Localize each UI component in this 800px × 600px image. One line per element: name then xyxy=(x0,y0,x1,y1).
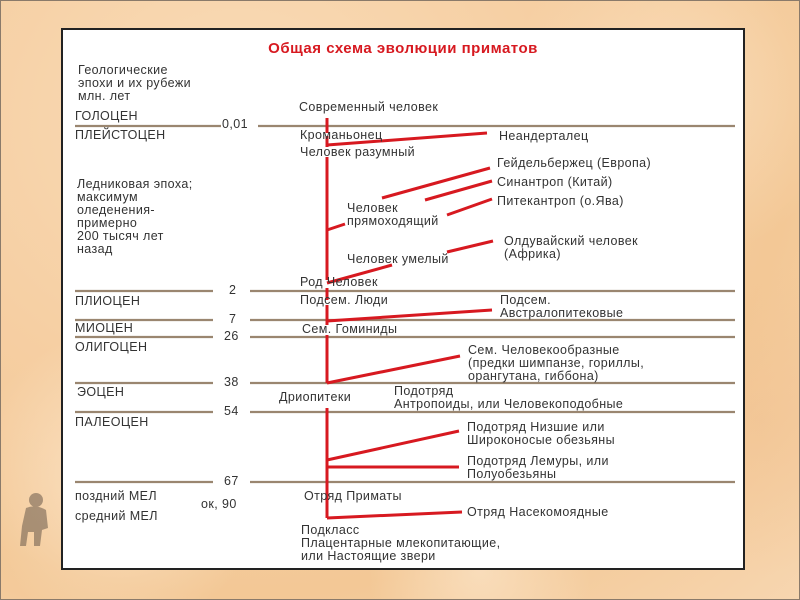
epoch-label: ПЛИОЦЕН xyxy=(75,295,140,308)
epoch-label: средний МЕЛ xyxy=(75,510,158,523)
boundary-age: 0,01 xyxy=(222,118,248,131)
taxon-anthropoids: Подотряд Антропоиды, или Человекоподобны… xyxy=(394,385,623,411)
taxon-platyrrhini: Подотряд Низшие или Широконосые обезьяны xyxy=(467,421,615,447)
taxon-pongids: Сем. Человекообразные (предки шимпанзе, … xyxy=(468,344,644,383)
taxon-insectivores: Отряд Насекомоядные xyxy=(467,506,609,519)
taxon-cro-magnon: Кроманьонец xyxy=(300,129,383,142)
taxon-pithecanthropus: Питекантроп (о.Ява) xyxy=(497,195,624,208)
taxon-lemurs: Подотряд Лемуры, или Полуобезьяны xyxy=(467,455,609,481)
taxon-hominids: Сем. Гоминиды xyxy=(302,323,397,336)
epoch-label: ОЛИГОЦЕН xyxy=(75,341,147,354)
boundary-age: 7 xyxy=(229,313,236,326)
taxon-neanderthal: Неандерталец xyxy=(499,130,589,143)
epoch-label: ЭОЦЕН xyxy=(77,386,124,399)
taxon-placentals: Подкласс Плацентарные млекопитающие, или… xyxy=(301,524,500,563)
epoch-label: ГОЛОЦЕН xyxy=(75,110,138,123)
epoch-label: ПАЛЕОЦЕН xyxy=(75,416,149,429)
epoch-label: МИОЦЕН xyxy=(75,322,133,335)
boundary-age: 38 xyxy=(224,376,239,389)
boundary-age: ок, 90 xyxy=(201,498,237,511)
taxon-olduvai: Олдувайский человек (Африка) xyxy=(504,235,638,261)
boundary-age: 67 xyxy=(224,475,239,488)
ape-silhouette-icon xyxy=(12,490,57,550)
taxon-dryopithecus: Дриопитеки xyxy=(279,391,351,404)
taxon-heidelberg: Гейдельбержец (Европа) xyxy=(497,157,651,170)
epoch-label: ПЛЕЙСТОЦЕН xyxy=(75,129,166,142)
taxon-primates: Отряд Приматы xyxy=(304,490,402,503)
taxon-homo-habilis: Человек умелый xyxy=(347,253,449,266)
taxon-modern-human: Современный человек xyxy=(299,101,438,114)
taxon-australopithecines: Подсем. Австралопитековые xyxy=(500,294,623,320)
taxon-sinanthropus: Синантроп (Китай) xyxy=(497,176,613,189)
boundary-age: 26 xyxy=(224,330,239,343)
boundary-age: 2 xyxy=(229,284,236,297)
epoch-label: поздний МЕЛ xyxy=(75,490,157,503)
taxon-genus-homo: Род Человек xyxy=(300,276,378,289)
diagram-title: Общая схема эволюции приматов xyxy=(63,40,743,57)
ice-age-note: Ледниковая эпоха; максимум оледенения- п… xyxy=(77,178,193,256)
legend-header: Геологические эпохи и их рубежи млн. лет xyxy=(78,64,191,103)
boundary-age: 54 xyxy=(224,405,239,418)
taxon-homo-erectus: Человек прямоходящий xyxy=(347,202,439,228)
taxon-subfamily-humans: Подсем. Люди xyxy=(300,294,388,307)
taxon-homo-sapiens: Человек разумный xyxy=(300,146,415,159)
